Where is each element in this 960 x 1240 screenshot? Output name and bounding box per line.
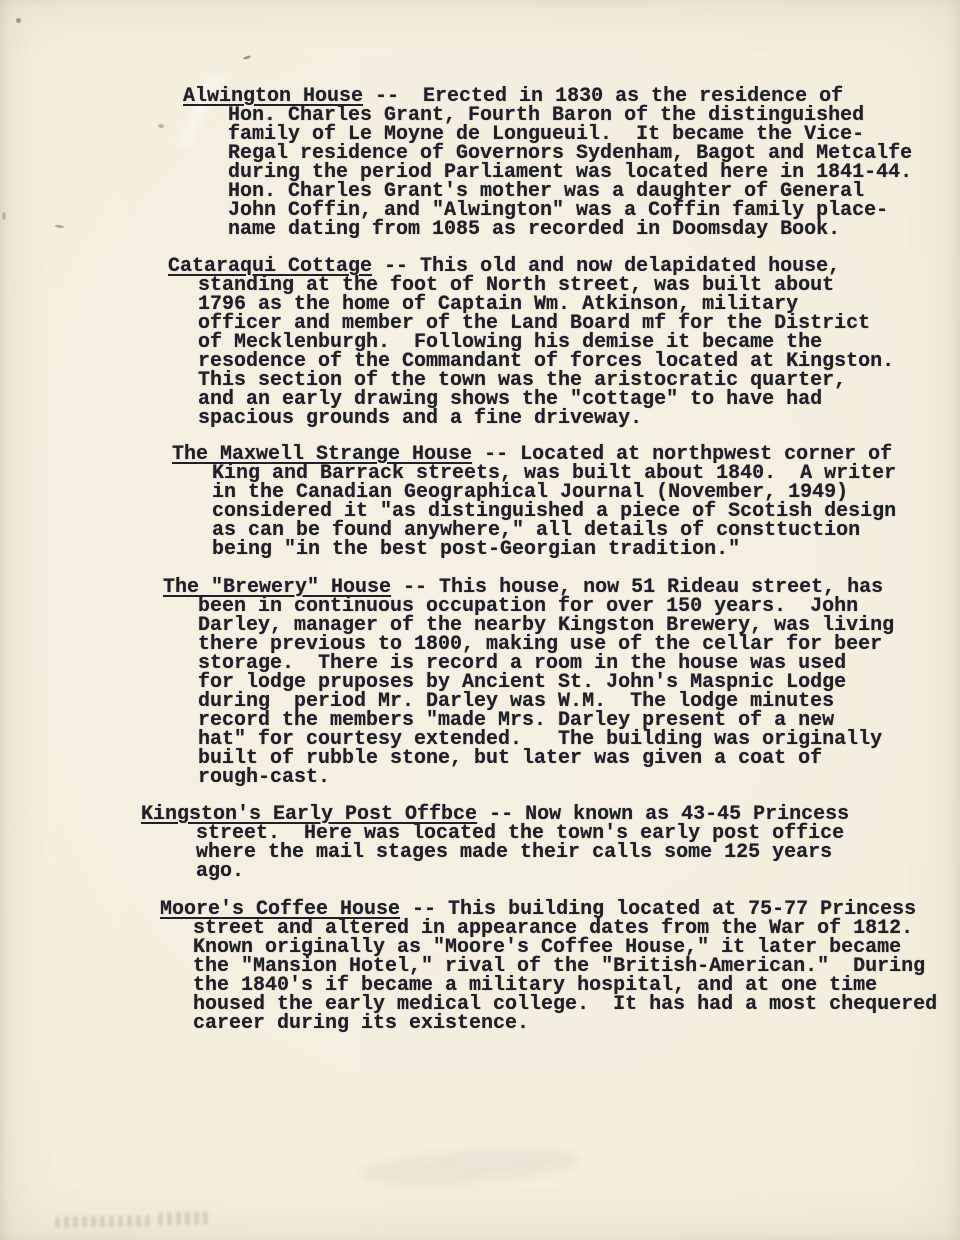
entry-body-line: rough-cast. bbox=[198, 768, 894, 787]
entry-cataraqui-cottage: Cataraqui Cottage -- This old and now de… bbox=[198, 257, 894, 428]
ink-showthrough bbox=[55, 1215, 151, 1228]
entry-kingston-s-early-post-offbce: Kingston's Early Post Offbce -- Now know… bbox=[196, 805, 849, 881]
entry-body-line: spacious grounds and a fine driveway. bbox=[198, 409, 894, 428]
entry-body-line: where the mail stages made their calls s… bbox=[196, 843, 849, 862]
entry-body-line: career during its existence. bbox=[193, 1014, 937, 1033]
ink-showthrough bbox=[158, 1212, 208, 1226]
entry-body-line: name dating from 1085 as recorded in Doo… bbox=[228, 220, 912, 239]
entry-the-brewery-house: The "Brewery" House -- This house, now 5… bbox=[198, 578, 894, 787]
entry-alwington-house: Alwington House -- Erected in 1830 as th… bbox=[228, 87, 912, 239]
document-page: Alwington House -- Erected in 1830 as th… bbox=[0, 0, 960, 1240]
typewritten-text: Alwington House -- Erected in 1830 as th… bbox=[0, 0, 960, 1240]
entry-the-maxwell-strange-house: The Maxwell Strange House -- Located at … bbox=[212, 445, 896, 559]
entry-moore-s-coffee-house: Moore's Coffee House -- This building lo… bbox=[193, 900, 937, 1033]
entry-body-line: ago. bbox=[196, 862, 849, 881]
entry-body-line: being "in the best post-Georgian traditi… bbox=[212, 540, 896, 559]
